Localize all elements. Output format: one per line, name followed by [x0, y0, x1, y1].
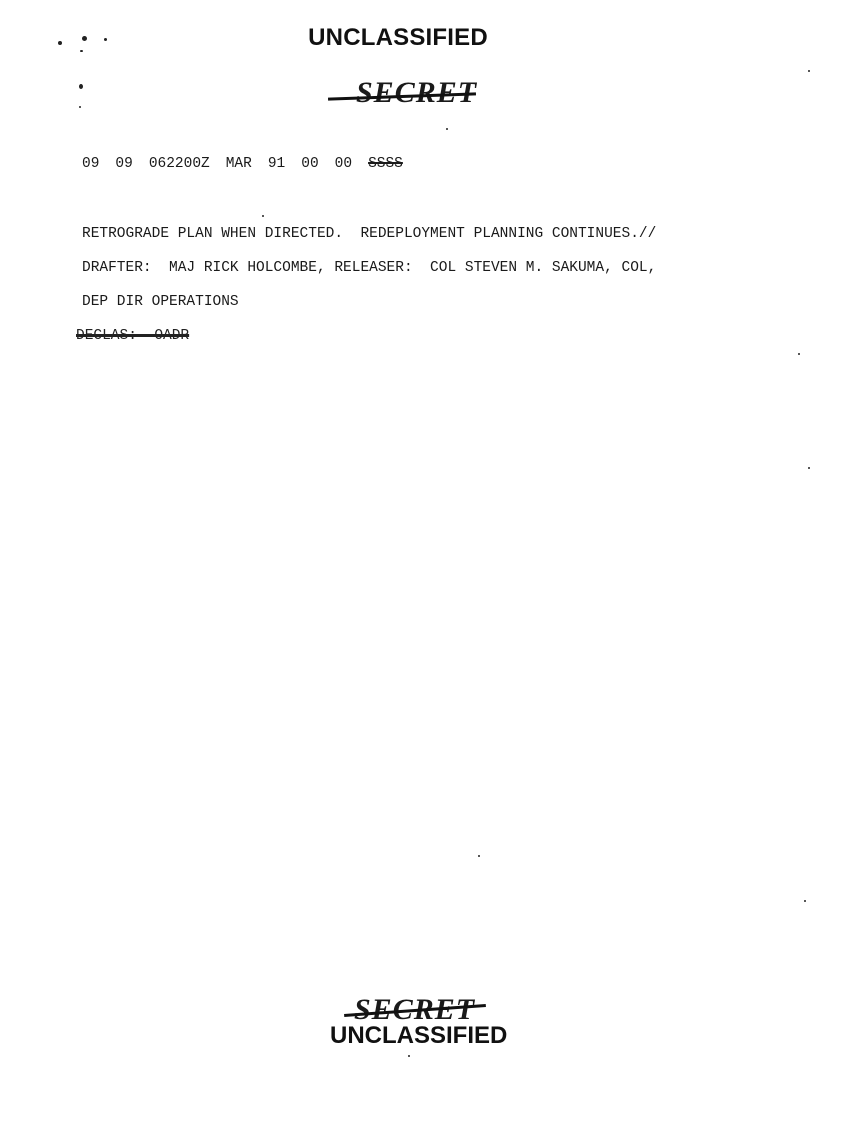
dtg-field: 09 [115, 156, 132, 172]
body-line-dep-dir: DEP DIR OPERATIONS [82, 294, 239, 310]
footer-classification-marking: UNCLASSIFIED [330, 1022, 507, 1050]
footer-secret-stamp: SECRET [354, 995, 475, 1025]
body-line-retrograde: RETROGRADE PLAN WHEN DIRECTED. REDEPLOYM… [82, 226, 656, 242]
dtg-field: 00 [301, 156, 318, 172]
dtg-field: 91 [268, 156, 285, 172]
scan-speck [478, 855, 480, 857]
scan-speck [79, 84, 83, 89]
dtg-field: MAR [226, 156, 252, 172]
scan-speck [808, 467, 810, 469]
header-classification-marking: UNCLASSIFIED [0, 24, 796, 52]
dtg-field: 062200Z [149, 156, 210, 172]
scan-speck [808, 70, 810, 72]
dtg-line: 0909062200ZMAR910000SSSS [82, 156, 403, 172]
scan-speck [262, 215, 264, 217]
dtg-field: 09 [82, 156, 99, 172]
scan-speck [804, 900, 806, 902]
scan-speck [446, 128, 448, 130]
dtg-struck-field: SSSS [368, 156, 403, 172]
document-page: UNCLASSIFIED SECRET 0909062200ZMAR910000… [0, 0, 850, 1145]
dtg-field: 00 [335, 156, 352, 172]
scan-speck [408, 1055, 410, 1057]
body-line-declas-struck: DECLAS: OADR [76, 328, 189, 344]
scan-speck [798, 353, 800, 355]
body-line-drafter-releaser: DRAFTER: MAJ RICK HOLCOMBE, RELEASER: CO… [82, 260, 656, 276]
scan-speck [79, 106, 81, 108]
header-secret-stamp: SECRET [356, 78, 477, 108]
